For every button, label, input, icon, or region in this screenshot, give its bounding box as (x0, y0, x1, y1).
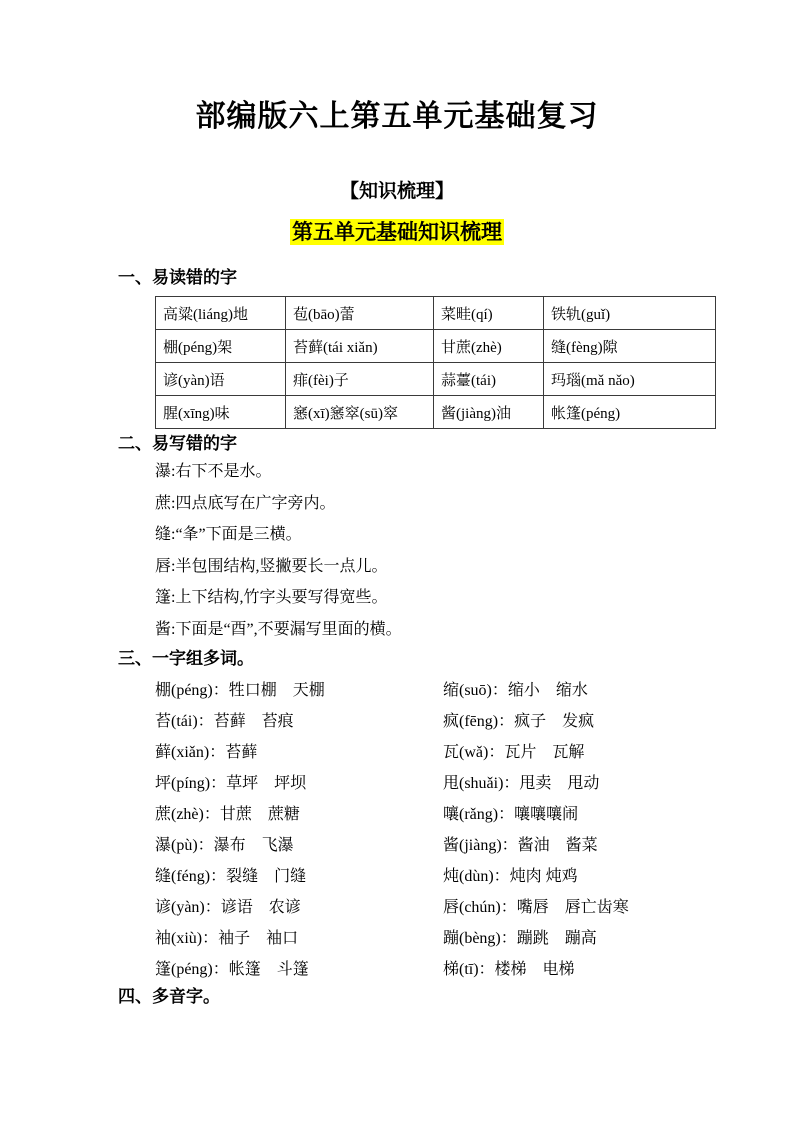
word-row: 篷(péng)：帐篷 斗篷 梯(tī)：楼梯 电梯 (155, 954, 735, 985)
easily-mispronounced-table: 高粱(liáng)地 苞(bāo)蕾 菜畦(qí) 铁轨(guǐ) 棚(péng… (155, 296, 716, 429)
table-cell: 玛瑙(mǎ nǎo) (544, 363, 716, 396)
note-line: 缝:“夆”下面是三横。 (155, 519, 794, 551)
note-line: 蔗:四点底写在广字旁内。 (155, 488, 794, 520)
table-row: 高粱(liáng)地 苞(bāo)蕾 菜畦(qí) 铁轨(guǐ) (156, 297, 716, 330)
word-row: 坪(píng)：草坪 坪坝 甩(shuǎi)：甩卖 甩动 (155, 768, 735, 799)
knowledge-outline-subtitle: 【知识梳理】 (0, 180, 794, 204)
table-cell: 苔藓(tái xiǎn) (286, 330, 434, 363)
page-title: 部编版六上第五单元基础复习 (0, 0, 794, 136)
word-row: 袖(xiù)：袖子 袖口 蹦(bèng)：蹦跳 蹦高 (155, 923, 735, 954)
table-cell: 痱(fèi)子 (286, 363, 434, 396)
table-cell: 酱(jiàng)油 (434, 396, 544, 429)
highlighted-unit-heading: 第五单元基础知识梳理 (290, 219, 504, 245)
word-entry: 藓(xiǎn)：苔藓 (155, 737, 443, 768)
table-cell: 帐篷(péng) (544, 396, 716, 429)
table-cell: 腥(xīng)味 (156, 396, 286, 429)
word-row: 缝(féng)：裂缝 门缝 炖(dùn)：炖肉 炖鸡 (155, 861, 735, 892)
word-entry: 谚(yàn)：谚语 农谚 (155, 892, 443, 923)
table-row: 腥(xīng)味 窸(xī)窸窣(sū)窣 酱(jiàng)油 帐篷(péng) (156, 396, 716, 429)
section-2-heading: 二、易写错的字 (118, 433, 794, 455)
note-line: 瀑:右下不是水。 (155, 456, 794, 488)
word-entry: 蔗(zhè)：甘蔗 蔗糖 (155, 799, 443, 830)
word-entry: 苔(tái)：苔藓 苔痕 (155, 706, 443, 737)
table-cell: 谚(yàn)语 (156, 363, 286, 396)
section-1-heading: 一、易读错的字 (118, 267, 794, 289)
word-entry: 缝(féng)：裂缝 门缝 (155, 861, 443, 892)
note-line: 篷:上下结构,竹字头要写得宽些。 (155, 582, 794, 614)
word-entry: 篷(péng)：帐篷 斗篷 (155, 954, 443, 985)
word-formation-list: 棚(péng)：牲口棚 天棚 缩(suō)：缩小 缩水 苔(tái)：苔藓 苔痕… (155, 675, 735, 985)
word-entry: 缩(suō)：缩小 缩水 (443, 675, 735, 706)
writing-notes-list: 瀑:右下不是水。 蔗:四点底写在广字旁内。 缝:“夆”下面是三横。 唇:半包围结… (155, 456, 794, 645)
table-cell: 蒜薹(tái) (434, 363, 544, 396)
word-entry: 唇(chún)：嘴唇 唇亡齿寒 (443, 892, 735, 923)
word-entry: 梯(tī)：楼梯 电梯 (443, 954, 735, 985)
word-entry: 嚷(rǎng)：嚷嚷嚷闹 (443, 799, 735, 830)
table-cell: 菜畦(qí) (434, 297, 544, 330)
note-line: 唇:半包围结构,竖撇要长一点儿。 (155, 551, 794, 583)
table-cell: 甘蔗(zhè) (434, 330, 544, 363)
word-row: 谚(yàn)：谚语 农谚 唇(chún)：嘴唇 唇亡齿寒 (155, 892, 735, 923)
word-row: 棚(péng)：牲口棚 天棚 缩(suō)：缩小 缩水 (155, 675, 735, 706)
table-cell: 苞(bāo)蕾 (286, 297, 434, 330)
section-4-heading: 四、多音字。 (118, 986, 794, 1008)
word-entry: 蹦(bèng)：蹦跳 蹦高 (443, 923, 735, 954)
word-row: 苔(tái)：苔藓 苔痕 疯(fēng)：疯子 发疯 (155, 706, 735, 737)
word-entry: 酱(jiàng)：酱油 酱菜 (443, 830, 735, 861)
word-entry: 瀑(pù)：瀑布 飞瀑 (155, 830, 443, 861)
word-entry: 棚(péng)：牲口棚 天棚 (155, 675, 443, 706)
table-cell: 高粱(liáng)地 (156, 297, 286, 330)
word-entry: 袖(xiù)：袖子 袖口 (155, 923, 443, 954)
word-entry: 炖(dùn)：炖肉 炖鸡 (443, 861, 735, 892)
word-entry: 坪(píng)：草坪 坪坝 (155, 768, 443, 799)
note-line: 酱:下面是“酉”,不要漏写里面的横。 (155, 614, 794, 646)
word-row: 藓(xiǎn)：苔藓 瓦(wǎ)：瓦片 瓦解 (155, 737, 735, 768)
section-3-heading: 三、一字组多词。 (118, 648, 794, 670)
word-row: 蔗(zhè)：甘蔗 蔗糖 嚷(rǎng)：嚷嚷嚷闹 (155, 799, 735, 830)
highlight-heading-wrap: 第五单元基础知识梳理 (0, 219, 794, 248)
word-entry: 甩(shuǎi)：甩卖 甩动 (443, 768, 735, 799)
table-cell: 铁轨(guǐ) (544, 297, 716, 330)
table-row: 棚(péng)架 苔藓(tái xiǎn) 甘蔗(zhè) 缝(fèng)隙 (156, 330, 716, 363)
table-row: 谚(yàn)语 痱(fèi)子 蒜薹(tái) 玛瑙(mǎ nǎo) (156, 363, 716, 396)
table-cell: 缝(fèng)隙 (544, 330, 716, 363)
word-entry: 疯(fēng)：疯子 发疯 (443, 706, 735, 737)
word-row: 瀑(pù)：瀑布 飞瀑 酱(jiàng)：酱油 酱菜 (155, 830, 735, 861)
table-cell: 窸(xī)窸窣(sū)窣 (286, 396, 434, 429)
document-page: 部编版六上第五单元基础复习 【知识梳理】 第五单元基础知识梳理 一、易读错的字 … (0, 0, 794, 1123)
word-entry: 瓦(wǎ)：瓦片 瓦解 (443, 737, 735, 768)
table-cell: 棚(péng)架 (156, 330, 286, 363)
